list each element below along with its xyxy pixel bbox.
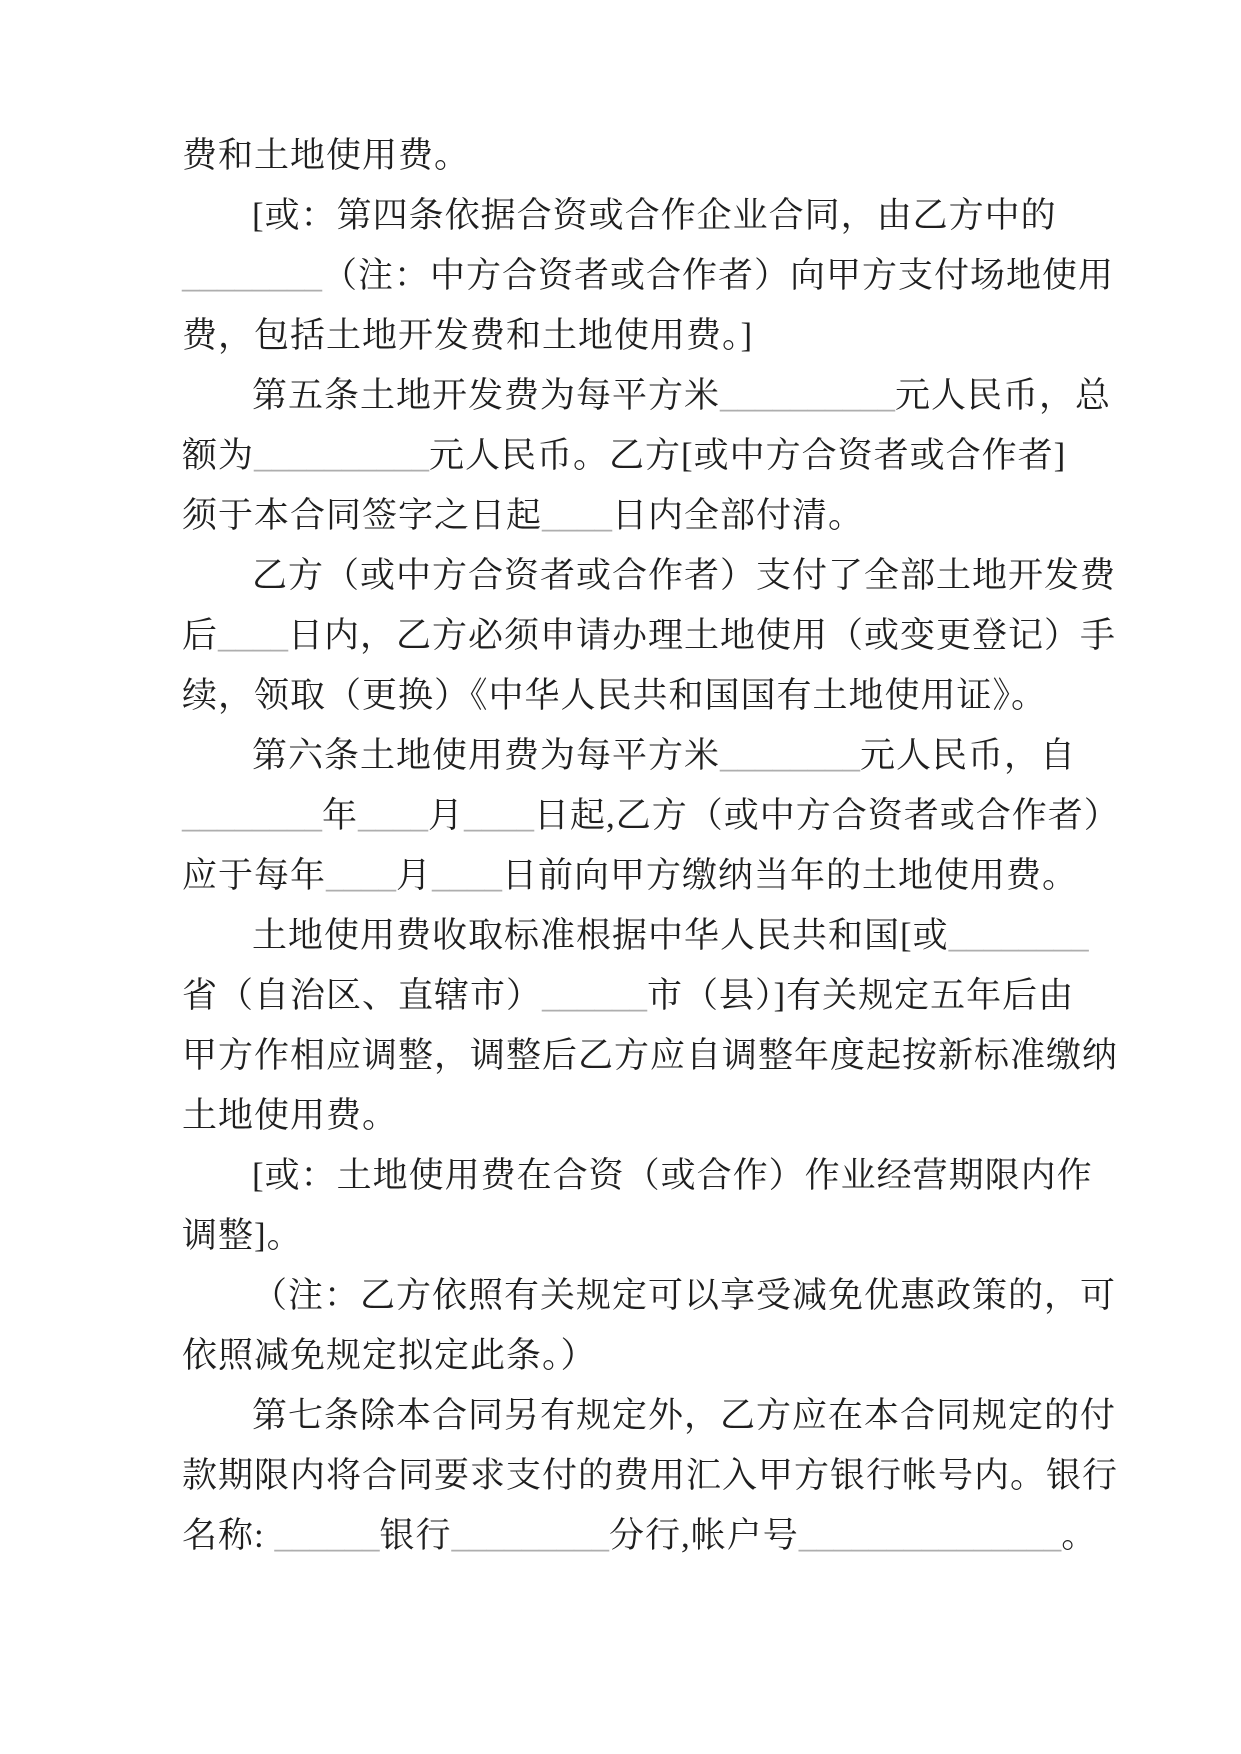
contract-line-15: 省（自治区、直辖市）______市（县）]有关规定五年后由 xyxy=(182,966,1077,1026)
blank-underline: __________ xyxy=(254,436,429,475)
blank-underline: ________ xyxy=(182,796,322,835)
contract-line-12: ________年____月____日起,乙方（或中方合资者或合作者） xyxy=(182,786,1077,846)
contract-page: 费和土地使用费。[或：第四条依据合资或合作企业合同，由乙方中的________（… xyxy=(0,0,1241,1754)
blank-underline: _______________ xyxy=(799,1516,1062,1555)
contract-line-17: 土地使用费。 xyxy=(182,1086,1077,1146)
blank-underline: ____ xyxy=(542,496,612,535)
contract-line-14: 土地使用费收取标准根据中华人民共和国[或________ xyxy=(182,906,1077,966)
contract-line-22: 第七条除本合同另有规定外，乙方应在本合同规定的付 xyxy=(182,1386,1077,1446)
contract-line-19: 调整]。 xyxy=(182,1206,1077,1266)
contract-line-7: 须于本合同签字之日起____日内全部付清。 xyxy=(182,486,1077,546)
contract-line-18: [或：土地使用费在合资（或合作）作业经营期限内作 xyxy=(182,1146,1077,1206)
contract-line-9: 后____日内，乙方必须申请办理土地使用（或变更登记）手 xyxy=(182,606,1077,666)
blank-underline: ____ xyxy=(464,796,534,835)
contract-line-20: （注：乙方依照有关规定可以享受减免优惠政策的，可 xyxy=(182,1266,1077,1326)
contract-line-21: 依照减免规定拟定此条。） xyxy=(182,1326,1077,1386)
blank-underline: ____ xyxy=(218,616,288,655)
contract-line-4: 费，包括土地开发费和土地使用费。] xyxy=(182,306,1077,366)
contract-line-24: 名称: ______银行_________分行,帐户号_____________… xyxy=(182,1506,1077,1566)
contract-line-6: 额为__________元人民币。乙方[或中方合资者或合作者] xyxy=(182,426,1077,486)
blank-underline: ________ xyxy=(182,256,322,295)
contract-line-1: 费和土地使用费。 xyxy=(182,126,1077,186)
contract-line-13: 应于每年____月____日前向甲方缴纳当年的土地使用费。 xyxy=(182,846,1077,906)
blank-underline: ______ xyxy=(542,976,647,1015)
contract-line-3: ________（注：中方合资者或合作者）向甲方支付场地使用 xyxy=(182,246,1077,306)
contract-line-2: [或：第四条依据合资或合作企业合同，由乙方中的 xyxy=(182,186,1077,246)
blank-underline: ________ xyxy=(949,916,1089,955)
blank-underline: ________ xyxy=(720,736,860,775)
blank-underline: ____ xyxy=(432,856,502,895)
blank-underline: _________ xyxy=(452,1516,610,1555)
contract-line-8: 乙方（或中方合资者或合作者）支付了全部土地开发费 xyxy=(182,546,1077,606)
contract-text: 费和土地使用费。[或：第四条依据合资或合作企业合同，由乙方中的________（… xyxy=(182,126,1077,1566)
contract-line-10: 续，领取（更换）《中华人民共和国国有土地使用证》。 xyxy=(182,666,1077,726)
contract-line-23: 款期限内将合同要求支付的费用汇入甲方银行帐号内。银行 xyxy=(182,1446,1077,1506)
blank-underline: ______ xyxy=(274,1516,379,1555)
contract-line-11: 第六条土地使用费为每平方米________元人民币，自 xyxy=(182,726,1077,786)
blank-underline: ____ xyxy=(326,856,396,895)
contract-line-16: 甲方作相应调整，调整后乙方应自调整年度起按新标准缴纳 xyxy=(182,1026,1077,1086)
blank-underline: ____ xyxy=(358,796,428,835)
blank-underline: __________ xyxy=(720,376,895,415)
contract-line-5: 第五条土地开发费为每平方米__________元人民币，总 xyxy=(182,366,1077,426)
